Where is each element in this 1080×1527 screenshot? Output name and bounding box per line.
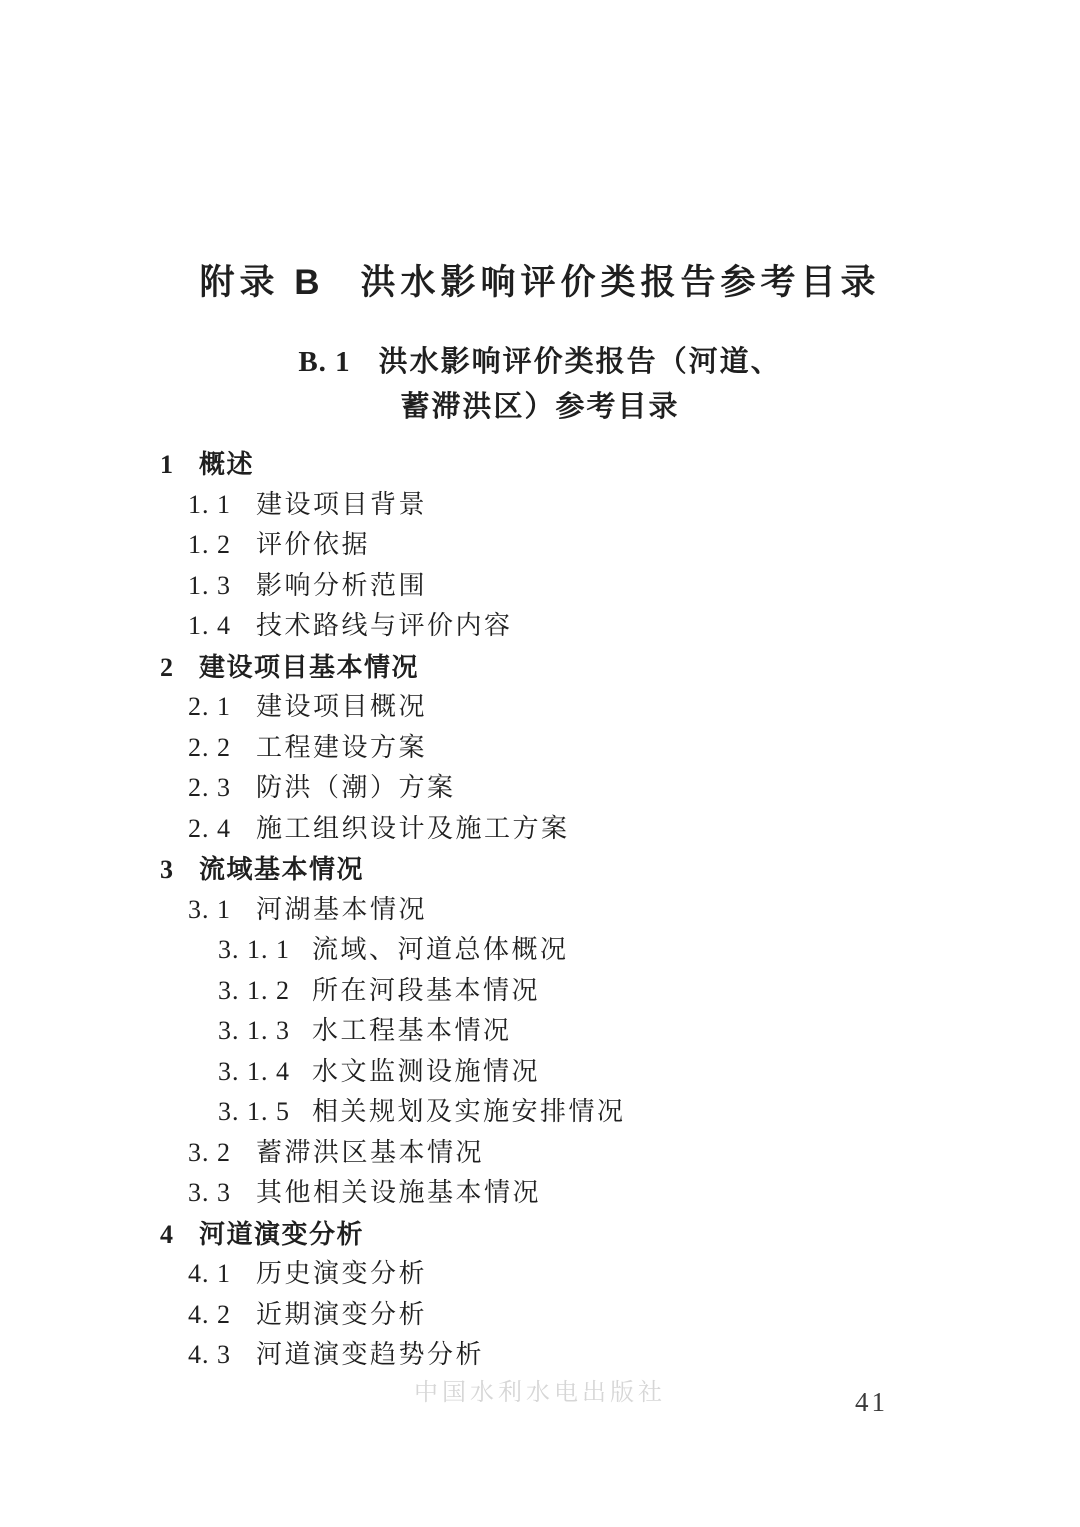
toc-entry-label: 河道演变分析 (199, 1214, 364, 1255)
toc-entry-label: 技术路线与评价内容 (256, 606, 513, 647)
toc-entry-number: 3. 1. 1 (218, 930, 312, 971)
toc-entry-label: 建设项目背景 (256, 485, 427, 526)
toc-entry: 1. 4 技术路线与评价内容 (0, 606, 1080, 647)
toc-entry: 3. 1. 5 相关规划及实施安排情况 (0, 1092, 1080, 1133)
toc-entry: 4. 3 河道演变趋势分析 (0, 1335, 1080, 1376)
toc-entry: 2. 4 施工组织设计及施工方案 (0, 809, 1080, 850)
toc-entry-number: 3. 1 (188, 890, 256, 931)
toc-entry-label: 其他相关设施基本情况 (256, 1173, 541, 1214)
toc-entry-number: 3. 3 (188, 1173, 256, 1214)
toc-entry-label: 建设项目概况 (256, 687, 427, 728)
toc-entry: 1. 2 评价依据 (0, 525, 1080, 566)
toc-entry: 4. 2 近期演变分析 (0, 1295, 1080, 1336)
section-title-line1: B. 1洪水影响评价类报告（河道、 (0, 340, 1080, 385)
toc-entry-label: 施工组织设计及施工方案 (256, 809, 570, 850)
toc-entry-label: 河湖基本情况 (256, 890, 427, 931)
toc-entry-label: 水文监测设施情况 (312, 1052, 540, 1093)
toc-entry: 3. 2 蓄滞洪区基本情况 (0, 1133, 1080, 1174)
toc-entry-number: 2. 1 (188, 687, 256, 728)
toc-entry-number: 1 (160, 445, 199, 486)
toc-entry-label: 相关规划及实施安排情况 (312, 1092, 626, 1133)
toc-entry-number: 3. 1. 3 (218, 1011, 312, 1052)
toc-entry: 4 河道演变分析 (0, 1214, 1080, 1255)
toc-entry-label: 蓄滞洪区基本情况 (256, 1133, 484, 1174)
toc-entry-label: 流域基本情况 (199, 849, 364, 890)
appendix-title: 附录 B洪水影响评价类报告参考目录 (0, 255, 1080, 305)
section-title-text-line1: 洪水影响评价类报告（河道、 (379, 346, 782, 378)
toc-entry-label: 影响分析范围 (256, 566, 427, 607)
toc-entry: 1. 1 建设项目背景 (0, 485, 1080, 526)
publisher-watermark: 中国水利水电出版社 (0, 1372, 1080, 1407)
toc-entry-number: 3. 2 (188, 1133, 256, 1174)
toc-entry-number: 1. 4 (188, 606, 256, 647)
toc-entry: 1. 3 影响分析范围 (0, 566, 1080, 607)
appendix-title-prefix: 附录 B (199, 263, 324, 302)
toc-entry: 1 概述 (0, 444, 1080, 485)
page-number: 41 (855, 1387, 888, 1418)
toc-entry-label: 概述 (199, 444, 254, 485)
toc-entry-number: 1. 1 (188, 485, 256, 526)
toc-entry-number: 2. 3 (188, 768, 256, 809)
toc-entry-label: 水工程基本情况 (312, 1011, 512, 1052)
toc-entry: 3. 1. 2 所在河段基本情况 (0, 971, 1080, 1012)
toc-entry-number: 4. 2 (188, 1295, 256, 1336)
toc-entry-label: 评价依据 (256, 525, 370, 566)
toc-entry: 2 建设项目基本情况 (0, 647, 1080, 688)
toc: 1 概述 1. 1 建设项目背景 1. 2 评价依据 1. 3 影响分析范围 1… (0, 444, 1080, 1376)
toc-entry-label: 历史演变分析 (256, 1254, 427, 1295)
section-title-number: B. 1 (298, 346, 350, 378)
toc-entry-number: 4 (160, 1215, 199, 1256)
toc-entry-number: 2. 4 (188, 809, 256, 850)
toc-entry: 2. 3 防洪（潮）方案 (0, 768, 1080, 809)
toc-entry-number: 4. 3 (188, 1335, 256, 1376)
toc-entry-number: 2 (160, 648, 199, 689)
toc-entry: 3. 1 河湖基本情况 (0, 890, 1080, 931)
toc-entry-label: 工程建设方案 (256, 728, 427, 769)
toc-entry: 3 流域基本情况 (0, 849, 1080, 890)
toc-entry: 4. 1 历史演变分析 (0, 1254, 1080, 1295)
toc-entry-label: 流域、河道总体概况 (312, 930, 569, 971)
toc-entry-number: 3 (160, 850, 199, 891)
toc-entry-number: 4. 1 (188, 1254, 256, 1295)
toc-entry-label: 防洪（潮）方案 (256, 768, 456, 809)
section-title-line2: 蓄滞洪区）参考目录 (0, 385, 1080, 430)
toc-entry-number: 1. 3 (188, 566, 256, 607)
document-page: 附录 B洪水影响评价类报告参考目录 B. 1洪水影响评价类报告（河道、 蓄滞洪区… (0, 0, 1080, 1527)
section-title: B. 1洪水影响评价类报告（河道、 蓄滞洪区）参考目录 (0, 340, 1080, 430)
toc-entry-number: 3. 1. 5 (218, 1092, 312, 1133)
toc-entry: 3. 1. 3 水工程基本情况 (0, 1011, 1080, 1052)
toc-entry: 3. 3 其他相关设施基本情况 (0, 1173, 1080, 1214)
toc-entry-number: 3. 1. 4 (218, 1052, 312, 1093)
toc-entry: 2. 1 建设项目概况 (0, 687, 1080, 728)
toc-entry-number: 2. 2 (188, 728, 256, 769)
toc-entry-label: 建设项目基本情况 (199, 647, 419, 688)
toc-entry-label: 河道演变趋势分析 (256, 1335, 484, 1376)
toc-entry: 3. 1. 4 水文监测设施情况 (0, 1052, 1080, 1093)
toc-entry-label: 所在河段基本情况 (312, 971, 540, 1012)
toc-entry: 2. 2 工程建设方案 (0, 728, 1080, 769)
toc-entry-number: 3. 1. 2 (218, 971, 312, 1012)
toc-entry: 3. 1. 1 流域、河道总体概况 (0, 930, 1080, 971)
toc-entry-number: 1. 2 (188, 525, 256, 566)
toc-entry-label: 近期演变分析 (256, 1295, 427, 1336)
appendix-title-text: 洪水影响评价类报告参考目录 (361, 263, 881, 302)
